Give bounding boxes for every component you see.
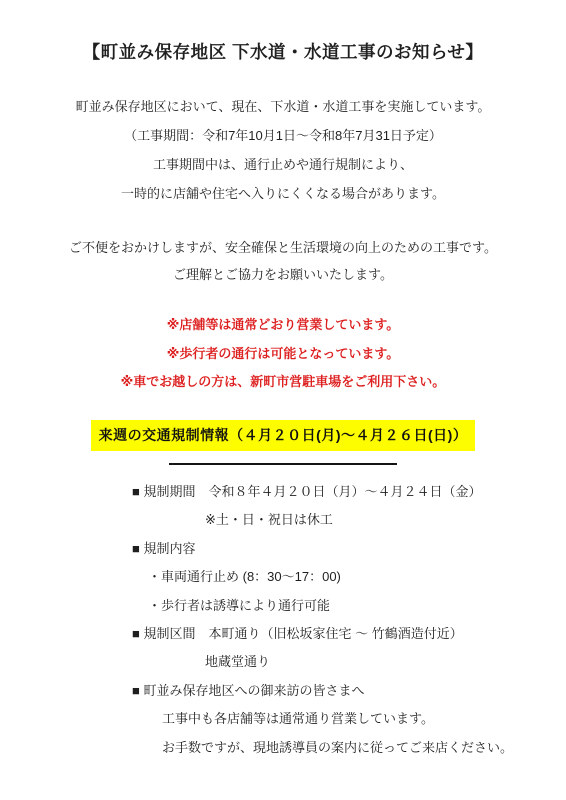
courtesy-paragraph: ご不便をおかけしますが、安全確保と生活環境の向上のための工事です。 ご理解とご協… [0,234,566,288]
list-item-follow-guide: お手数ですが、現地誘導員の案内に従ってご来店ください。 [0,734,566,762]
list-item-pedestrian-access: ・歩行者は誘導により通行可能 [0,592,566,620]
list-item-restriction-zone: ■ 規制区間 本町通り（旧松坂家住宅 ～ 竹鶴酒造付近） [0,620,566,648]
list-item-vehicle-closure: ・車両通行止め (8：30～17：00) [0,563,566,591]
red-notice-line: ※歩行者の通行は可能となっています。 [0,340,566,369]
list-item-holiday-note: ※土・日・祝日は休工 [0,506,566,534]
divider-line [169,463,397,465]
red-notice-line: ※店舗等は通常どおり営業しています。 [0,311,566,340]
list-item-restriction-period: ■ 規制期間 令和８年４月２０日（月）～４月２４日（金） [0,478,566,506]
intro-line: 町並み保存地区において、現在、下水道・水道工事を実施しています。 [0,92,566,121]
intro-line: 工事期間中は、通行止めや通行規制により、 [0,150,566,179]
list-item-restriction-detail: ■ 規制内容 [0,535,566,563]
intro-line: （工事期間：令和7年10月1日～令和8年7月31日予定） [0,121,566,150]
intro-paragraph: 町並み保存地区において、現在、下水道・水道工事を実施しています。 （工事期間：令… [0,92,566,208]
traffic-detail-list: ■ 規制期間 令和８年４月２０日（月）～４月２４日（金） ※土・日・祝日は休工 … [0,478,566,762]
list-item-visitors-heading: ■ 町並み保存地区への御来訪の皆さまへ [0,677,566,705]
traffic-heading-highlight: 来週の交通規制情報（４月２０日(月)～４月２６日(日)） [91,420,476,451]
red-notice-paragraph: ※店舗等は通常どおり営業しています。 ※歩行者の通行は可能となっています。 ※車… [0,311,566,397]
intro-line: 一時的に店舗や住宅へ入りにくくなる場合があります。 [0,179,566,208]
notice-page: 【町並み保存地区 下水道・水道工事のお知らせ】 町並み保存地区において、現在、下… [0,0,566,800]
courtesy-line: ご不便をおかけしますが、安全確保と生活環境の向上のための工事です。 [0,234,566,261]
red-notice-line: ※車でお越しの方は、新町市営駐車場をご利用下さい。 [0,368,566,397]
list-item-zone-street: 地蔵堂通り [0,648,566,676]
list-item-shops-open: 工事中も各店舗等は通常通り営業しています。 [0,705,566,733]
traffic-heading-row: 来週の交通規制情報（４月２０日(月)～４月２６日(日)） [0,420,566,451]
page-title: 【町並み保存地区 下水道・水道工事のお知らせ】 [0,39,566,64]
courtesy-line: ご理解とご協力をお願いいたします。 [0,261,566,288]
